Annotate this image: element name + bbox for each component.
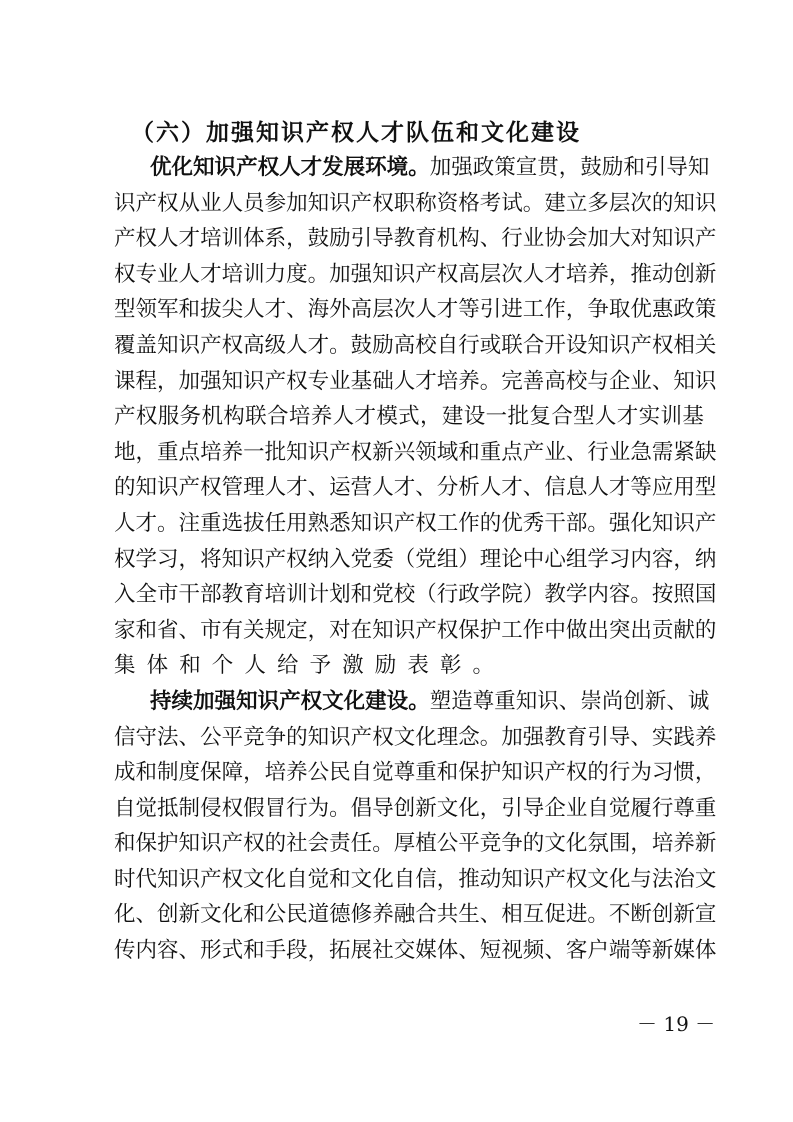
text-line: 覆盖知识产权高级人才。鼓励高校自行或联合开设知识产权相关 [114, 328, 704, 364]
text-line: 成和制度保障，培养公民自觉尊重和保护知识产权的行为习惯， [114, 755, 704, 791]
paragraph: 持续加强知识产权文化建设。塑造尊重知识、崇尚创新、诚信守法、公平竞争的知识产权文… [114, 684, 704, 969]
text-line: 和保护知识产权的社会责任。厚植公平竞争的文化氛围，培养新 [114, 826, 704, 862]
text-line: 的知识产权管理人才、运营人才、分析人才、信息人才等应用型 [114, 470, 704, 506]
text-line: 化、创新文化和公民道德修养融合共生、相互促进。不断创新宣 [114, 897, 704, 933]
text-line: 产权人才培训体系，鼓励引导教育机构、行业协会加大对知识产 [114, 221, 704, 257]
text-line: 信守法、公平竞争的知识产权文化理念。加强教育引导、实践养 [114, 720, 704, 756]
text-line: 识产权从业人员参加知识产权职称资格考试。建立多层次的知识 [114, 186, 704, 222]
text-line: 持续加强知识产权文化建设。塑造尊重知识、崇尚创新、诚 [114, 684, 704, 720]
text-line: 型领军和拔尖人才、海外高层次人才等引进工作，争取优惠政策 [114, 292, 704, 328]
document-page: （六）加强知识产权人才队伍和文化建设 优化知识产权人才发展环境。加强政策宣贯，鼓… [0, 0, 793, 1122]
text-line: 权学习，将知识产权纳入党委（党组）理论中心组学习内容，纳 [114, 542, 704, 578]
text-line: 自觉抵制侵权假冒行为。倡导创新文化，引导企业自觉履行尊重 [114, 791, 704, 827]
text-line: 产权服务机构联合培养人才模式，建设一批复合型人才实训基 [114, 399, 704, 435]
text-line: 课程，加强知识产权专业基础人才培养。完善高校与企业、知识 [114, 364, 704, 400]
text-line: 权专业人才培训力度。加强知识产权高层次人才培养，推动创新 [114, 257, 704, 293]
section-heading: （六）加强知识产权人才队伍和文化建设 [131, 114, 581, 147]
page-number: － 19 － [637, 1008, 715, 1037]
text-line: 入全市干部教育培训计划和党校（行政学院）教学内容。按照国 [114, 577, 704, 613]
paragraph: 优化知识产权人才发展环境。加强政策宣贯，鼓励和引导知识产权从业人员参加知识产权职… [114, 150, 704, 684]
body-text: 优化知识产权人才发展环境。加强政策宣贯，鼓励和引导知识产权从业人员参加知识产权职… [114, 150, 704, 969]
text-line: 时代知识产权文化自觉和文化自信，推动知识产权文化与法治文 [114, 862, 704, 898]
text-line: 集体和个人给予激励表彰。 [114, 648, 704, 684]
text-line: 地，重点培养一批知识产权新兴领域和重点产业、行业急需紧缺 [114, 435, 704, 471]
text-line: 传内容、形式和手段，拓展社交媒体、短视频、客户端等新媒体 [114, 933, 704, 969]
text-line: 人才。注重选拔任用熟悉知识产权工作的优秀干部。强化知识产 [114, 506, 704, 542]
text-line: 家和省、市有关规定，对在知识产权保护工作中做出突出贡献的 [114, 613, 704, 649]
text-line: 优化知识产权人才发展环境。加强政策宣贯，鼓励和引导知 [114, 150, 704, 186]
